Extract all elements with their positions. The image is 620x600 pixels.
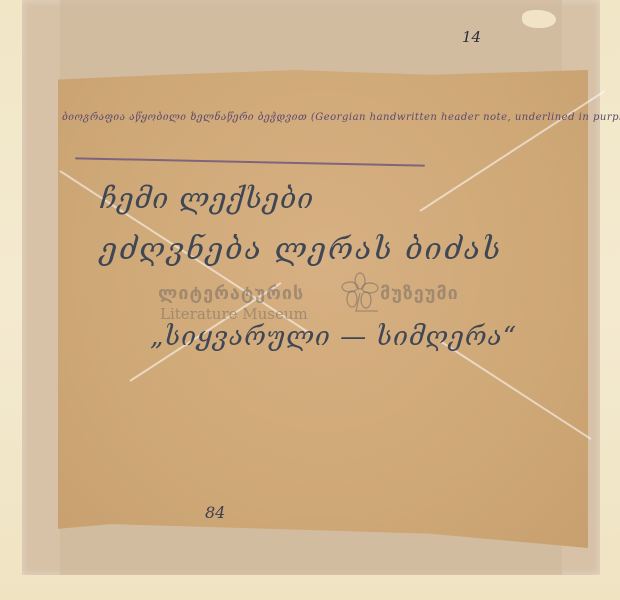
watermark-georgian-right: მუზეუმი — [380, 283, 459, 304]
page-number: 14 — [462, 28, 481, 46]
watermark-english: Literature Museum — [160, 305, 308, 323]
header-note: ბიოგრაფია აწყობილი ხელნაწერი ბეჭდვით (Ge… — [62, 112, 502, 123]
bottom-mark: 84 — [205, 503, 225, 522]
literature-museum-watermark: ლიტერატურის მუზეუმი Literature Museum — [158, 283, 558, 343]
handwritten-line-2: ეძღვნება ლერას ბიძას — [100, 232, 502, 267]
handwritten-line-1: ჩემი ლექსები — [100, 182, 314, 215]
flower-logo-icon — [338, 271, 382, 315]
paper-tear-spot — [522, 10, 556, 28]
watermark-georgian-left: ლიტერატურის — [158, 283, 304, 304]
